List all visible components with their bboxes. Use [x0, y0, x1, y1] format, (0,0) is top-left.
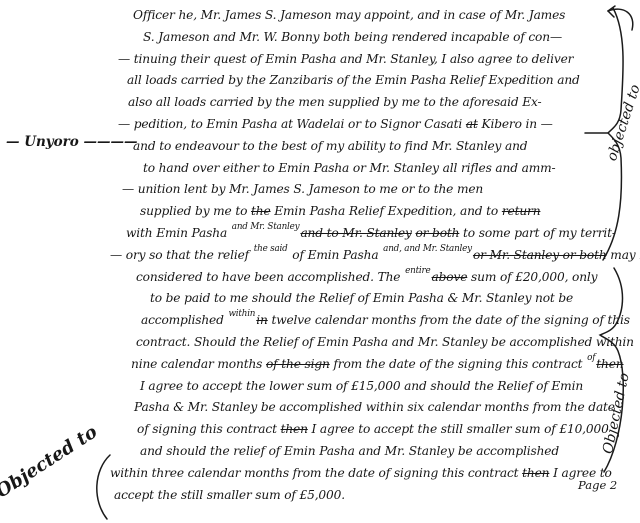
manuscript-line: and should the relief of Emin Pasha and … — [140, 444, 559, 458]
margin-note-unyoro: — Unyoro ———— — [6, 134, 137, 150]
manuscript-line: Pasha & Mr. Stanley be accomplished with… — [134, 400, 615, 414]
manuscript-line: all loads carried by the Zanzibaris of t… — [127, 73, 580, 87]
manuscript-line: supplied by me to the Emin Pasha Relief … — [140, 204, 540, 218]
manuscript-line: Officer he, Mr. James S. Jameson may app… — [133, 8, 565, 22]
text-segment: accomplished — [141, 313, 227, 327]
struck-text-segment: the — [251, 204, 271, 218]
text-segment: considered to have been accomplished. Th… — [136, 270, 404, 284]
text-segment: Officer he, Mr. James S. Jameson may app… — [133, 8, 565, 22]
struck-text-segment: then — [522, 466, 549, 480]
text-segment: of Emin Pasha — [289, 248, 383, 262]
text-segment: I agree to accept the still smaller sum … — [308, 422, 609, 436]
struck-text-segment: above — [432, 270, 468, 284]
manuscript-line: considered to have been accomplished. Th… — [136, 270, 597, 286]
text-segment: sum of £20,000, only — [467, 270, 597, 284]
text-segment: Kibero in — — [478, 117, 553, 131]
manuscript-line: accomplished withinin twelve calendar mo… — [141, 313, 630, 329]
text-segment: supplied by me to — [140, 204, 251, 218]
text-segment: S. Jameson and Mr. W. Bonny both being r… — [143, 30, 562, 44]
interlined-insertion: entire — [405, 264, 430, 278]
interlined-insertion: within — [228, 307, 255, 321]
text-segment: — ory so that the relief — [110, 248, 253, 262]
text-segment: with Emin Pasha — [126, 226, 231, 240]
manuscript-line: nine calendar months of the sign from th… — [131, 357, 624, 373]
manuscript-line: S. Jameson and Mr. W. Bonny both being r… — [143, 30, 562, 44]
manuscript-line: — unition lent by Mr. James S. Jameson t… — [122, 182, 483, 196]
manuscript-line: to hand over either to Emin Pasha or Mr.… — [143, 161, 555, 175]
text-segment: to be paid to me should the Relief of Em… — [150, 291, 573, 305]
manuscript-line: to be paid to me should the Relief of Em… — [150, 291, 573, 305]
text-segment: of signing this contract — [137, 422, 281, 436]
manuscript-line: accept the still smaller sum of £5,000. — [114, 488, 345, 502]
struck-text-segment: and to Mr. Stanley — [300, 226, 411, 240]
interlined-insertion: the said — [254, 242, 288, 256]
struck-text-segment: then — [281, 422, 308, 436]
manuscript-page: Officer he, Mr. James S. Jameson may app… — [0, 0, 640, 523]
text-segment: Emin Pasha Relief Expedition, and to — [271, 204, 502, 218]
text-segment: from the date of the signing this contra… — [330, 357, 586, 371]
manuscript-line: with Emin Pasha and Mr. Stanleyand to Mr… — [126, 226, 616, 242]
text-segment: and to endeavour to the best of my abili… — [133, 139, 527, 153]
manuscript-line: and to endeavour to the best of my abili… — [133, 139, 527, 153]
text-segment: contract. Should the Relief of Emin Pash… — [136, 335, 634, 349]
struck-text-segment: at — [466, 117, 478, 131]
right-brace-middle-icon — [588, 266, 634, 474]
manuscript-line: I agree to accept the lower sum of £15,0… — [140, 379, 583, 393]
manuscript-line: — ory so that the relief the said of Emi… — [110, 248, 640, 264]
struck-text-segment: in — [256, 313, 267, 327]
page-number-label: Page 2 — [578, 478, 617, 492]
text-segment: within three calendar months from the da… — [110, 466, 522, 480]
manuscript-line: — pedition, to Emin Pasha at Wadelai or … — [118, 117, 553, 131]
text-segment: nine calendar months — [131, 357, 266, 371]
right-brace-top-icon — [583, 6, 635, 262]
text-segment: — unition lent by Mr. James S. Jameson t… — [122, 182, 483, 196]
text-segment: Pasha & Mr. Stanley be accomplished with… — [134, 400, 615, 414]
text-segment: twelve calendar months from the date of … — [268, 313, 630, 327]
interlined-insertion: and Mr. Stanley — [232, 220, 300, 234]
struck-text-segment: of the sign — [266, 357, 330, 371]
manuscript-line: of signing this contract then I agree to… — [137, 422, 609, 436]
text-segment: also all loads carried by the men suppli… — [128, 95, 542, 109]
struck-text-segment: return — [502, 204, 541, 218]
text-segment: — pedition, to Emin Pasha at Wadelai or … — [118, 117, 466, 131]
manuscript-line: contract. Should the Relief of Emin Pash… — [136, 335, 634, 349]
manuscript-line: within three calendar months from the da… — [110, 466, 612, 480]
text-segment: I agree to accept the lower sum of £15,0… — [140, 379, 583, 393]
text-segment: — tinuing their quest of Emin Pasha and … — [118, 52, 573, 66]
margin-note-objected-bottom-left: Objected to — [0, 421, 101, 502]
interlined-insertion: and, and Mr. Stanley — [383, 242, 472, 256]
manuscript-line: also all loads carried by the men suppli… — [128, 95, 542, 109]
left-parenthesis-icon — [90, 452, 114, 522]
manuscript-line: — tinuing their quest of Emin Pasha and … — [118, 52, 573, 66]
text-segment: all loads carried by the Zanzibaris of t… — [127, 73, 580, 87]
struck-text-segment: or both — [415, 226, 459, 240]
text-segment: and should the relief of Emin Pasha and … — [140, 444, 559, 458]
text-segment: accept the still smaller sum of £5,000. — [114, 488, 345, 502]
text-segment: to hand over either to Emin Pasha or Mr.… — [143, 161, 555, 175]
